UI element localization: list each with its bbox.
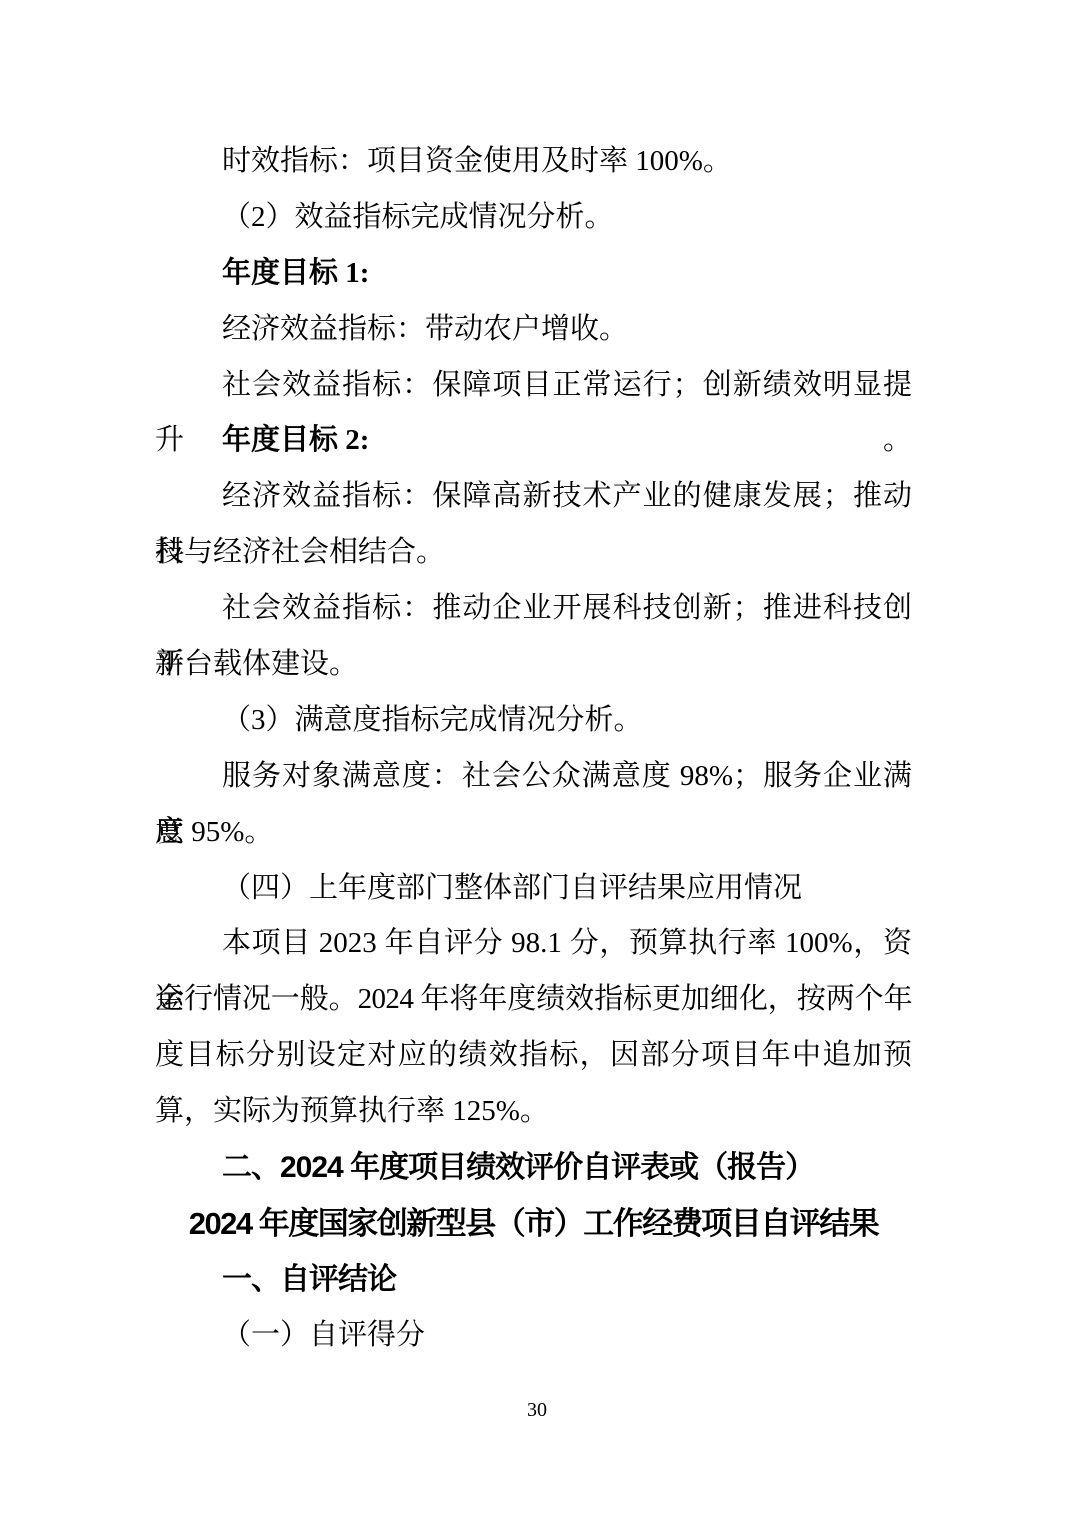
- prior-year-paragraph-line-2: 运行情况一般。2024 年将年度绩效指标更加细化，按两个年: [155, 972, 912, 1028]
- prior-year-paragraph-line-4: 算，实际为预算执行率 125%。: [155, 1084, 912, 1140]
- timeliness-indicator-line: 时效指标：项目资金使用及时率 100%。: [155, 134, 912, 190]
- document-body: 时效指标：项目资金使用及时率 100%。 （2）效益指标完成情况分析。 年度目标…: [155, 134, 912, 1364]
- satisfaction-line-b: 度 95%。: [155, 805, 912, 861]
- social-benefit-line-1: 社会效益指标：保障项目正常运行；创新绩效明显提升。: [155, 358, 912, 414]
- economic-benefit-line-2a: 经济效益指标：保障高新技术产业的健康发展；推动科: [155, 469, 912, 525]
- economic-benefit-line-2b: 技与经济社会相结合。: [155, 525, 912, 581]
- self-eval-conclusion-heading: 一、自评结论: [155, 1252, 912, 1308]
- self-eval-score-heading: （一）自评得分: [155, 1308, 912, 1364]
- benefit-indicator-heading: （2）效益指标完成情况分析。: [155, 190, 912, 246]
- prior-year-paragraph-line-3: 度目标分别设定对应的绩效指标，因部分项目年中追加预: [155, 1028, 912, 1084]
- economic-benefit-line-1: 经济效益指标：带动农户增收。: [155, 302, 912, 358]
- prior-year-paragraph-line-1: 本项目 2023 年自评分 98.1 分，预算执行率 100%，资金: [155, 916, 912, 972]
- prior-year-application-heading: （四）上年度部门整体部门自评结果应用情况: [155, 861, 912, 917]
- satisfaction-line-a: 服务对象满意度：社会公众满意度 98%；服务企业满意: [155, 749, 912, 805]
- annual-goal-1-heading: 年度目标 1:: [155, 246, 912, 302]
- social-benefit-line-2a: 社会效益指标：推动企业开展科技创新；推进科技创新: [155, 581, 912, 637]
- section-2-heading: 二、2024 年度项目绩效评价自评表或（报告）: [155, 1140, 912, 1196]
- self-eval-result-title: 2024 年度国家创新型县（市）工作经费项目自评结果: [155, 1196, 912, 1252]
- document-page: 时效指标：项目资金使用及时率 100%。 （2）效益指标完成情况分析。 年度目标…: [0, 0, 1074, 1520]
- social-benefit-line-2b: 平台载体建设。: [155, 637, 912, 693]
- satisfaction-indicator-heading: （3）满意度指标完成情况分析。: [155, 693, 912, 749]
- page-number: 30: [0, 1392, 1074, 1428]
